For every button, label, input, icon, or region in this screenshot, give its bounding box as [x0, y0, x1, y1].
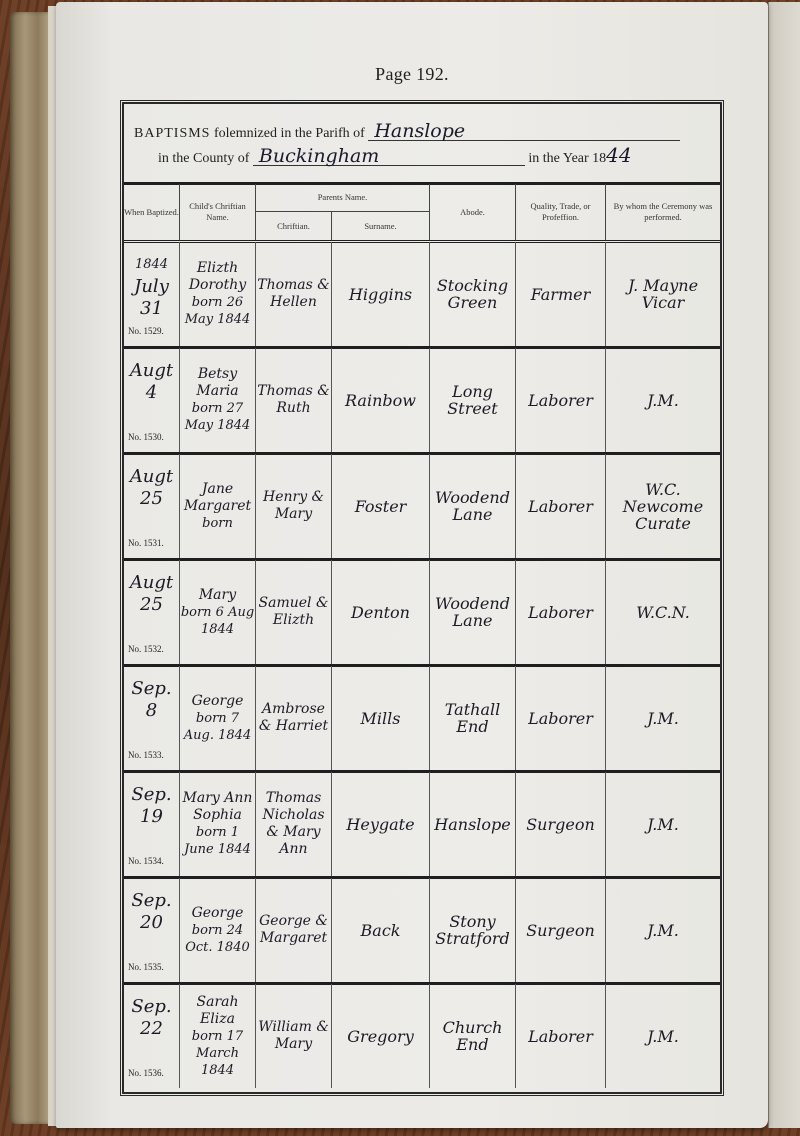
adjacent-page-edge — [768, 2, 800, 1128]
baptism-month: Sep. — [131, 678, 171, 700]
header-child-name: Child's Chriftian Name. — [180, 184, 256, 240]
abode: Tathall End — [430, 666, 516, 770]
quality-trade: Laborer — [516, 984, 606, 1088]
parents-christian-names: Samuel & Elizth — [256, 560, 332, 664]
entry-number: No. 1532. — [128, 638, 164, 660]
register-entry: Sep. 8 No. 1533. George born 7 Aug. 1844… — [124, 666, 720, 773]
abode: Hanslope — [430, 772, 516, 876]
child-name-cell: George born 7 Aug. 1844 — [180, 666, 256, 770]
parents-christian-names: William & Mary — [256, 984, 332, 1088]
parents-surname: Denton — [332, 560, 430, 664]
baptism-date: Sep. 20 No. 1535. — [124, 878, 180, 982]
register-entry: Augt 25 No. 1531. Jane Margaret born Hen… — [124, 454, 720, 561]
parents-christian-names: Thomas & Ruth — [256, 348, 332, 452]
quality-trade: Laborer — [516, 560, 606, 664]
officiating-minister: J.M. — [606, 772, 720, 876]
register-entry: Augt 4 No. 1530. Betsy Maria born 27 May… — [124, 348, 720, 455]
child-name: Mary Ann Sophia — [180, 790, 255, 824]
parents-christian-names: George & Margaret — [256, 878, 332, 982]
abode: Stocking Green — [430, 242, 516, 346]
header-quality: Quality, Trade, or Profeffion. — [516, 184, 606, 240]
entry-number: No. 1535. — [128, 956, 164, 978]
officiating-minister: J.M. — [606, 348, 720, 452]
baptism-day: 4 — [146, 382, 157, 404]
abode: Woodend Lane — [430, 560, 516, 664]
parents-christian-names: Thomas Nicholas & Mary Ann — [256, 772, 332, 876]
child-name: Sarah Eliza — [180, 994, 255, 1028]
baptism-month: Sep. — [131, 890, 171, 912]
baptism-month: July — [134, 276, 169, 298]
birth-date: born 6 Aug 1844 — [180, 604, 255, 638]
quality-trade: Farmer — [516, 242, 606, 346]
baptism-date: Sep. 8 No. 1533. — [124, 666, 180, 770]
birth-date: born 24 Oct. 1840 — [180, 922, 255, 956]
page-number: Page 192. — [56, 64, 768, 85]
officiating-minister: J.M. — [606, 984, 720, 1088]
child-name-cell: Jane Margaret born — [180, 454, 256, 558]
header-minister: By whom the Ceremony was performed. — [606, 184, 720, 240]
child-name-cell: Elizth Dorothy born 26 May 1844 — [180, 242, 256, 346]
abode: Stony Stratford — [430, 878, 516, 982]
child-name-cell: Mary Ann Sophia born 1 June 1844 — [180, 772, 256, 876]
officiating-minister: W.C.N. — [606, 560, 720, 664]
parents-surname: Mills — [332, 666, 430, 770]
parents-christian-names: Henry & Mary — [256, 454, 332, 558]
baptism-day: 19 — [140, 806, 163, 828]
register-entry: Sep. 20 No. 1535. George born 24 Oct. 18… — [124, 878, 720, 985]
parents-surname: Gregory — [332, 984, 430, 1088]
quality-trade: Laborer — [516, 454, 606, 558]
baptism-day: 25 — [140, 594, 163, 616]
baptism-day: 20 — [140, 912, 163, 934]
birth-date: born — [202, 515, 233, 532]
entry-number: No. 1530. — [128, 426, 164, 448]
parents-surname: Heygate — [332, 772, 430, 876]
column-headers: When Baptized. Child's Chriftian Name. P… — [124, 184, 720, 243]
birth-date: born 1 June 1844 — [180, 824, 255, 858]
year-label: in the Year 18 — [525, 151, 606, 166]
abode: Woodend Lane — [430, 454, 516, 558]
parish-name: Hanslope — [368, 122, 680, 141]
quality-trade: Surgeon — [516, 878, 606, 982]
officiating-minister: W.C. Newcome Curate — [606, 454, 720, 558]
birth-date: born 27 May 1844 — [180, 400, 255, 434]
header-when-baptized: When Baptized. — [124, 184, 180, 240]
entry-number: No. 1534. — [128, 850, 164, 872]
register-title-text: folemnized in the Parifh of — [210, 126, 368, 141]
baptism-date: Sep. 19 No. 1534. — [124, 772, 180, 876]
quality-trade: Surgeon — [516, 772, 606, 876]
register-title-line-2: in the County of Buckingham in the Year … — [158, 146, 632, 167]
register-entry: Sep. 19 No. 1534. Mary Ann Sophia born 1… — [124, 772, 720, 879]
child-name: George — [192, 905, 244, 922]
baptism-date: 1844 July 31 No. 1529. — [124, 242, 180, 346]
birth-date: born 26 May 1844 — [180, 294, 255, 328]
baptism-day: 22 — [140, 1018, 163, 1040]
parents-christian-names: Thomas & Hellen — [256, 242, 332, 346]
header-abode: Abode. — [430, 184, 516, 240]
child-name-cell: Mary born 6 Aug 1844 — [180, 560, 256, 664]
county-label: in the County of — [158, 151, 253, 166]
header-parents-surname: Surname. — [332, 212, 430, 240]
register-title-caps: BAPTISMS — [134, 126, 210, 141]
child-name-cell: Sarah Eliza born 17 March 1844 — [180, 984, 256, 1088]
child-name: Mary — [199, 587, 236, 604]
child-name-cell: George born 24 Oct. 1840 — [180, 878, 256, 982]
child-name: Betsy Maria — [180, 366, 255, 400]
entry-number: No. 1529. — [128, 320, 164, 342]
abode: Long Street — [430, 348, 516, 452]
baptism-date: Augt 25 No. 1531. — [124, 454, 180, 558]
baptism-date: Augt 25 No. 1532. — [124, 560, 180, 664]
register-entry: Augt 25 No. 1532. Mary born 6 Aug 1844 S… — [124, 560, 720, 667]
abode: Church End — [430, 984, 516, 1088]
child-name: George — [192, 693, 244, 710]
parents-surname: Rainbow — [332, 348, 430, 452]
officiating-minister: J.M. — [606, 878, 720, 982]
entry-number: No. 1531. — [128, 532, 164, 554]
baptism-year: 1844 — [135, 254, 168, 276]
register-title-line-1: BAPTISMS folemnized in the Parifh of Han… — [134, 122, 680, 142]
county-name: Buckingham — [253, 147, 525, 166]
year-value: 44 — [606, 146, 631, 164]
baptism-day: 25 — [140, 488, 163, 510]
child-name-cell: Betsy Maria born 27 May 1844 — [180, 348, 256, 452]
parents-christian-names: Ambrose & Harriet — [256, 666, 332, 770]
officiating-minister: J. Mayne Vicar — [606, 242, 720, 346]
register-rows: 1844 July 31 No. 1529. Elizth Dorothy bo… — [124, 242, 720, 1092]
baptism-month: Augt — [130, 360, 173, 382]
parents-surname: Higgins — [332, 242, 430, 346]
baptism-month: Sep. — [131, 996, 171, 1018]
baptism-register-table: BAPTISMS folemnized in the Parifh of Han… — [122, 102, 722, 1094]
parents-surname: Back — [332, 878, 430, 982]
baptism-day: 31 — [140, 298, 163, 320]
register-entry: Sep. 22 No. 1536. Sarah Eliza born 17 Ma… — [124, 984, 720, 1088]
birth-date: born 7 Aug. 1844 — [180, 710, 255, 744]
baptism-month: Sep. — [131, 784, 171, 806]
birth-date: born 17 March 1844 — [180, 1028, 255, 1079]
baptism-month: Augt — [130, 466, 173, 488]
entry-number: No. 1533. — [128, 744, 164, 766]
baptism-day: 8 — [146, 700, 157, 722]
header-parents-name: Parents Name. — [256, 184, 430, 212]
child-name: Elizth Dorothy — [180, 260, 255, 294]
baptism-month: Augt — [130, 572, 173, 594]
baptism-date: Augt 4 No. 1530. — [124, 348, 180, 452]
parents-surname: Foster — [332, 454, 430, 558]
register-entry: 1844 July 31 No. 1529. Elizth Dorothy bo… — [124, 242, 720, 349]
register-header: BAPTISMS folemnized in the Parifh of Han… — [124, 104, 720, 185]
officiating-minister: J.M. — [606, 666, 720, 770]
quality-trade: Laborer — [516, 666, 606, 770]
quality-trade: Laborer — [516, 348, 606, 452]
child-name: Jane Margaret — [180, 481, 255, 515]
header-parents-christian: Chriftian. — [256, 212, 332, 240]
baptism-date: Sep. 22 No. 1536. — [124, 984, 180, 1088]
entry-number: No. 1536. — [128, 1062, 164, 1084]
